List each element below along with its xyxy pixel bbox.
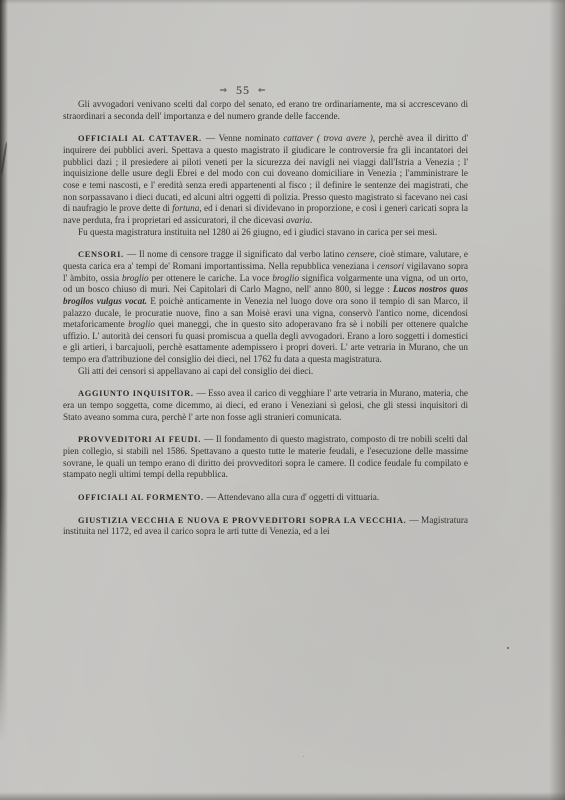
scan-edge-bottom (0, 792, 565, 800)
text-run: broglio (122, 273, 149, 283)
text-run: fortuna (172, 203, 199, 213)
paragraph: OFFICIALI AL FORMENTO. — Attendevano all… (63, 492, 468, 504)
section-censori: CENSORI. — Il nome di censore tragge il … (63, 249, 468, 377)
text-run: Gli avvogadori venivano scelti dal corpo… (63, 99, 468, 121)
scan-edge-right (549, 0, 565, 800)
text-run: — Il nome di censore tragge il significa… (127, 249, 347, 259)
text-run: — Attendevano alla cura d' oggetti di vi… (207, 492, 380, 502)
section-heading: GIUSTIZIA VECCHIA E NUOVA E PROVVEDITORI… (78, 516, 409, 525)
text-run: Fu questa magistratura instituita nel 12… (78, 227, 437, 237)
text-run: censere (347, 249, 375, 259)
text-run: per ottenere le cariche. La voce (149, 273, 273, 283)
paragraph: Gli avvogadori venivano scelti dal corpo… (63, 99, 468, 122)
section-intro: Gli avvogadori venivano scelti dal corpo… (63, 99, 468, 122)
paragraph: PROVVEDITORI AI FEUDI. — Il fondamento d… (63, 434, 468, 481)
section-giustizia-vecchia-e-nuova: GIUSTIZIA VECCHIA E NUOVA E PROVVEDITORI… (63, 515, 468, 538)
paragraph: OFFICIALI AL CATTAVER. — Venne nominato … (63, 133, 468, 226)
paragraph: Fu questa magistratura instituita nel 12… (63, 227, 468, 239)
text-run: avaria (286, 215, 310, 225)
section-heading: CENSORI. (78, 250, 127, 259)
section-aggiunto-inquisitor: AGGIUNTO INQUISITOR. — Esso avea il cari… (63, 388, 468, 423)
text-run: . (310, 215, 312, 225)
scan-edge-top (0, 0, 565, 4)
paragraph: GIUSTIZIA VECCHIA E NUOVA E PROVVEDITORI… (63, 515, 468, 538)
section-heading: PROVVEDITORI AI FEUDI. (78, 435, 204, 444)
section-officiali-al-formento: OFFICIALI AL FORMENTO. — Attendevano all… (63, 492, 468, 504)
text-block: Gli avvogadori venivano scelti dal corpo… (63, 99, 468, 538)
paragraph: CENSORI. — Il nome di censore tragge il … (63, 249, 468, 366)
text-run: , perchè avea il diritto d' inquirere de… (63, 133, 468, 213)
page-number: 55 (236, 83, 250, 97)
text-run: cattaver ( trova avere ) (283, 133, 373, 143)
scan-edge-left (0, 0, 8, 800)
text-run: broglio (128, 319, 155, 329)
section-heading: OFFICIALI AL FORMENTO. (78, 493, 207, 502)
text-run: — Venne nominato (206, 133, 283, 143)
paragraph: Gli atti dei censori si appellavano ai c… (63, 366, 468, 378)
section-provveditori-ai-feudi: PROVVEDITORI AI FEUDI. — Il fondamento d… (63, 434, 468, 481)
header-ornament-right-icon: ⇐ (254, 86, 271, 96)
text-run: broglio (272, 273, 299, 283)
header-ornament-left-icon: ⇒ (215, 86, 232, 96)
scan-speck (507, 647, 509, 649)
scanned-book-page: { "page": { "header": { "ornament_left":… (0, 0, 565, 800)
section-officiali-al-cattaver: OFFICIALI AL CATTAVER. — Venne nominato … (63, 133, 468, 238)
text-run: censori (377, 261, 404, 271)
section-heading: AGGIUNTO INQUISITOR. (78, 389, 196, 398)
text-run: Gli atti dei censori si appellavano ai c… (78, 366, 313, 376)
scan-speck (303, 756, 304, 757)
page-header: ⇒ 55 ⇐ (180, 83, 306, 98)
section-heading: OFFICIALI AL CATTAVER. (78, 134, 206, 143)
paragraph: AGGIUNTO INQUISITOR. — Esso avea il cari… (63, 388, 468, 423)
